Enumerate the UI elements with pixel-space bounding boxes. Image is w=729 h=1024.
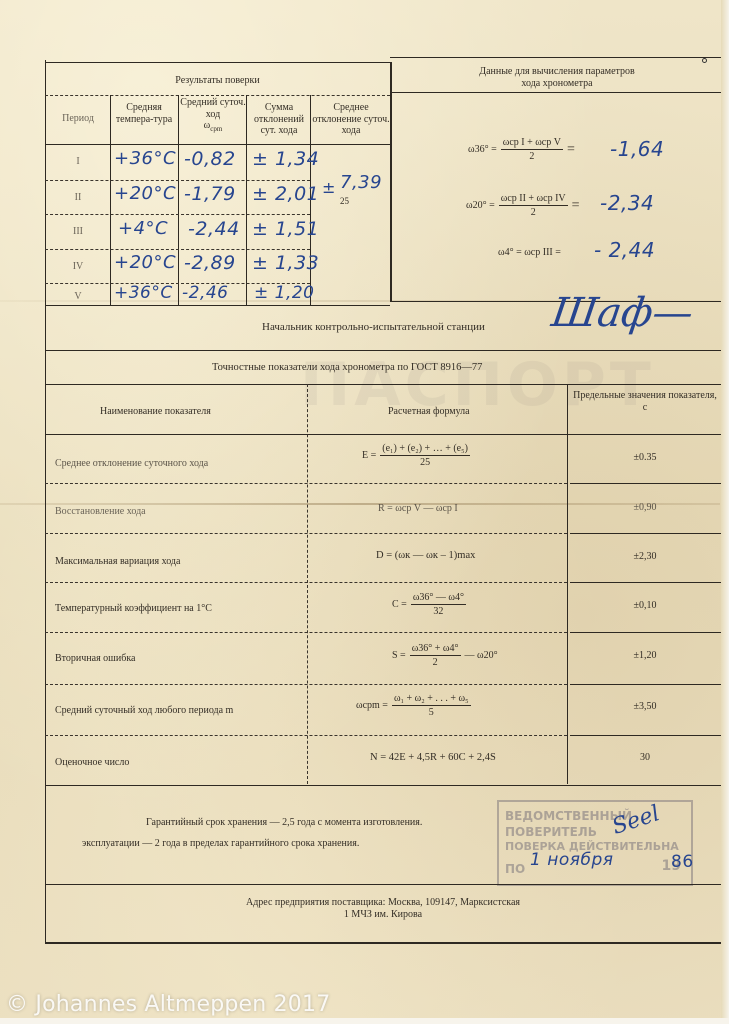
header-formula: Расчетная формула <box>388 406 470 418</box>
rate-cell: -1,79 <box>184 183 236 205</box>
divider <box>390 57 721 58</box>
divider <box>567 384 568 784</box>
divider <box>570 533 721 534</box>
divider <box>570 632 721 633</box>
w20-value: -2,34 <box>600 191 654 215</box>
formula-n: N = 42E + 4,5R + 60C + 2,4S <box>370 752 496 764</box>
indicator-name: Оценочное число <box>55 757 129 769</box>
divider <box>178 95 179 305</box>
divider <box>570 582 721 583</box>
divider <box>45 582 567 583</box>
denominator: 25 <box>340 196 349 206</box>
formula-s: S = ω36° + ω4°2 — ω20° <box>392 643 498 668</box>
divider <box>45 632 567 633</box>
bottom-strip <box>0 1018 729 1024</box>
numerator: 7,39 <box>340 172 382 193</box>
rate-cell: -2,46 <box>182 283 229 303</box>
indicator-name: Вторичная ошибка <box>55 653 135 665</box>
page-edge <box>721 0 729 1024</box>
w36-value: -1,64 <box>610 137 664 161</box>
formula-r: R = ωср V — ωср I <box>378 503 458 515</box>
divider <box>110 95 111 305</box>
formula-w36: ω36° = ωср I + ωср V2 = <box>468 137 575 162</box>
formula-w20: ω20° = ωср II + ωср IV2 = <box>466 193 580 218</box>
header-period: Период <box>48 113 108 125</box>
header-limit: Предельные значения показателя, с <box>570 390 720 413</box>
verification-title: Результаты поверки <box>45 75 390 87</box>
divider <box>307 384 308 784</box>
limit-value: 30 <box>570 752 720 764</box>
header-avg-temp: Средняя темпера-тура <box>112 102 176 125</box>
stamp-handwritten-date: 1 ноября <box>530 850 613 870</box>
indicator-name: Температурный коэффициент на 1°C <box>55 603 212 615</box>
warranty-line2: эксплуатации — 2 года в пределах гаранти… <box>82 838 359 850</box>
header-name: Наименование показателя <box>100 406 211 418</box>
divider <box>45 684 567 685</box>
formula-e: E = (e₁) + (e₂) + … + (e₅)25 <box>362 443 474 468</box>
divider <box>45 735 567 736</box>
indicator-name: Восстановление хода <box>55 506 146 518</box>
indicator-name: Средний суточный ход любого периода m <box>55 705 233 717</box>
limit-value: ±0.35 <box>570 452 720 464</box>
formula-wcp: ωсрm = ω₁ + ω₂ + . . . + ω₅5 <box>356 693 475 718</box>
divider <box>570 735 721 736</box>
divider <box>45 62 390 63</box>
rate-cell: -2,44 <box>188 218 240 240</box>
period-cell: II <box>48 192 108 204</box>
stamp-handwritten-year: 86 <box>671 852 694 872</box>
limit-value: ±3,50 <box>570 701 720 713</box>
limit-value: ±2,30 <box>570 551 720 563</box>
plus-minus: ± <box>322 178 336 197</box>
divider <box>45 884 721 885</box>
divider <box>45 144 390 145</box>
divider <box>45 533 567 534</box>
period-cell: III <box>48 226 108 238</box>
divider <box>246 95 247 305</box>
calc-title: Данные для вычисления параметровхода хро… <box>392 66 722 89</box>
warranty-line1: Гарантийный срок хранения — 2,5 года с м… <box>146 817 422 829</box>
divider <box>45 180 310 181</box>
header-sum-deviations: Сумма отклонений сут. хода <box>248 102 310 137</box>
divider <box>45 785 721 786</box>
rate-cell: -0,82 <box>184 148 236 170</box>
temp-cell: +4°C <box>118 218 168 239</box>
punch-hole-mark <box>702 58 707 63</box>
divider <box>45 483 567 484</box>
indicator-name: Максимальная вариация хода <box>55 556 180 568</box>
header-avg-deviation: Среднее отклонение суточ. хода <box>312 102 390 137</box>
divider <box>45 942 721 944</box>
sum-cell: ± 1,33 <box>252 252 319 274</box>
divider <box>45 384 721 385</box>
divider <box>45 95 390 96</box>
indicator-name: Среднее отклонение суточного хода <box>55 458 208 470</box>
temp-cell: +36°C <box>114 148 176 169</box>
accuracy-title: Точностные показатели хода хронометра по… <box>212 362 482 374</box>
period-cell: IV <box>48 261 108 273</box>
limit-value: ±0,10 <box>570 600 720 612</box>
divider <box>45 350 721 351</box>
divider <box>45 305 390 306</box>
divider <box>45 214 310 215</box>
divider <box>392 92 721 93</box>
sum-cell: ± 1,34 <box>252 148 319 170</box>
copyright-watermark: © Johannes Altmeppen 2017 <box>6 992 330 1017</box>
temp-cell: +36°C <box>114 283 173 303</box>
divider <box>45 249 310 250</box>
sum-cell: ± 2,01 <box>252 183 319 205</box>
limit-value: ±1,20 <box>570 650 720 662</box>
address: Адрес предприятия поставщика: Москва, 10… <box>45 897 721 920</box>
divider <box>45 434 721 435</box>
divider <box>390 62 392 302</box>
formula-d: D = (ωк — ωк – 1)max <box>376 550 475 562</box>
verification-stamp: ВЕДОМСТВЕННЫЙ ПОВЕРИТЕЛЬ ПОВЕРКА ДЕЙСТВИ… <box>497 800 693 886</box>
formula-w4: ω4° = ωср III = <box>498 247 561 259</box>
sum-cell: ± 1,51 <box>252 218 319 240</box>
formula-c: C = ω36° — ω4°32 <box>392 592 470 617</box>
rate-cell: -2,89 <box>184 252 236 274</box>
station-chief-signature: Шаф— <box>549 290 696 336</box>
station-chief-label: Начальник контрольно-испытательной станц… <box>262 321 485 334</box>
period-cell: I <box>48 156 108 168</box>
sum-cell: ± 1,20 <box>254 283 315 303</box>
temp-cell: +20°C <box>114 183 176 204</box>
limit-value: ±0,90 <box>570 502 720 514</box>
temp-cell: +20°C <box>114 252 176 273</box>
header-avg-daily-rate: Средний суточ. ход ωсрm <box>180 97 246 133</box>
period-cell: V <box>48 291 108 303</box>
divider <box>570 483 721 484</box>
divider <box>570 684 721 685</box>
w4-value: - 2,44 <box>594 238 655 262</box>
